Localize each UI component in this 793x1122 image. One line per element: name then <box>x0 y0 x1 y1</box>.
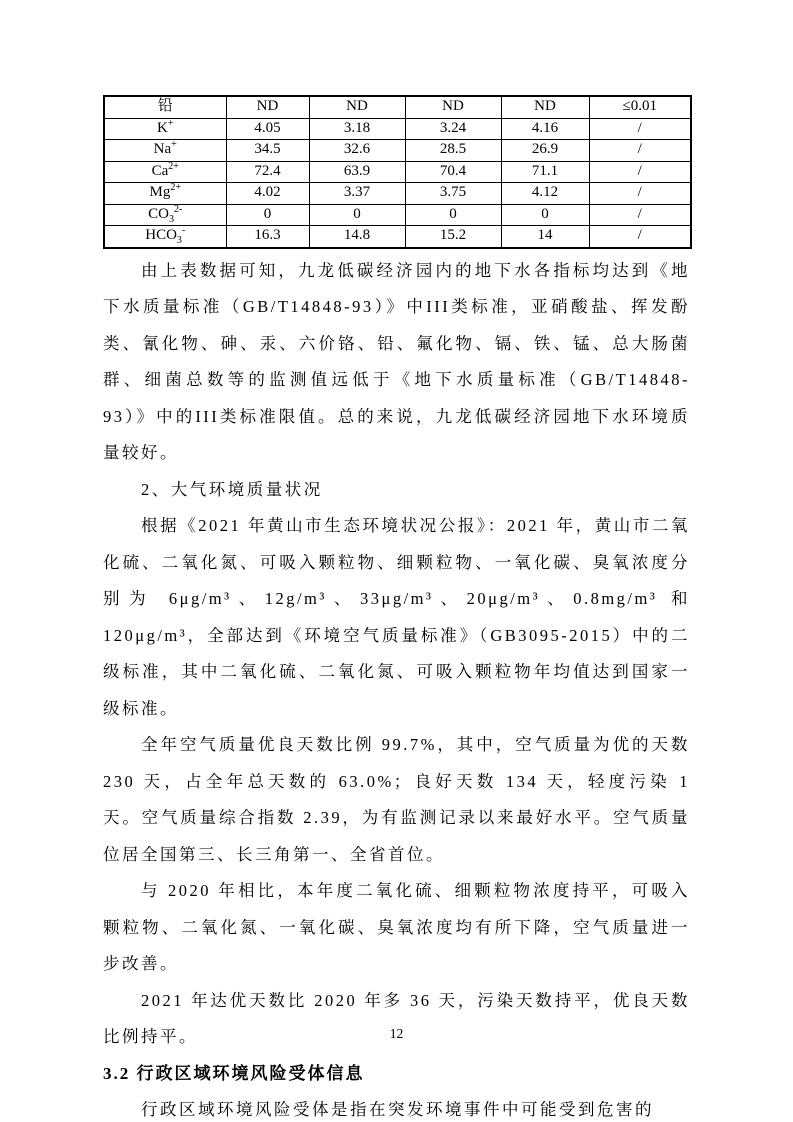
table-cell-value: 4.02 <box>226 183 309 205</box>
table-cell-parameter: HCO3- <box>104 226 226 248</box>
heading-section-3-2: 3.2 行政区域环境风险受体信息 <box>103 1056 690 1093</box>
table-cell-value: 4.16 <box>501 118 589 140</box>
table-cell-value: 72.4 <box>226 161 309 183</box>
table-cell-value: 3.24 <box>405 118 501 140</box>
table-row: CO32- 0 0 0 0 / <box>104 204 691 226</box>
table-cell-value: 26.9 <box>501 140 589 162</box>
groundwater-quality-table: 铅 ND ND ND ND ≤0.01 K+ 4.05 3.18 3.24 4.… <box>103 95 692 249</box>
table-cell-value: ND <box>226 96 309 118</box>
table-cell-value: 3.18 <box>309 118 405 140</box>
document-page: { "table": { "rows": [ { "base": "铅", "s… <box>0 0 793 1122</box>
table-cell-value: 0 <box>405 204 501 226</box>
table-cell-value: 16.3 <box>226 226 309 248</box>
table-cell-value: 3.75 <box>405 183 501 205</box>
table-cell-value: 14.8 <box>309 226 405 248</box>
table-cell-value: 14 <box>501 226 589 248</box>
page-number: 12 <box>0 1026 793 1042</box>
table-cell-standard: / <box>589 183 691 205</box>
table-row: K+ 4.05 3.18 3.24 4.16 / <box>104 118 691 140</box>
paragraph-groundwater-summary: 由上表数据可知，九龙低碳经济园内的地下水各指标均达到《地下水质量标准（GB/T1… <box>103 253 690 472</box>
table-row: Ca2+ 72.4 63.9 70.4 71.1 / <box>104 161 691 183</box>
table-cell-value: 4.12 <box>501 183 589 205</box>
heading-air-quality: 2、大气环境质量状况 <box>103 472 690 509</box>
table-cell-value: 3.37 <box>309 183 405 205</box>
table-cell-value: 63.9 <box>309 161 405 183</box>
table-row: Mg2+ 4.02 3.37 3.75 4.12 / <box>104 183 691 205</box>
table-cell-standard: / <box>589 204 691 226</box>
table-cell-value: 0 <box>501 204 589 226</box>
paragraph-air-overview: 根据《2021 年黄山市生态环境状况公报》：2021 年，黄山市二氧化硫、二氧化… <box>103 508 690 727</box>
table-cell-standard: / <box>589 226 691 248</box>
table-cell-value: 34.5 <box>226 140 309 162</box>
table-cell-value: 32.6 <box>309 140 405 162</box>
table-cell-value: 0 <box>226 204 309 226</box>
table-cell-parameter: K+ <box>104 118 226 140</box>
table-cell-standard: / <box>589 161 691 183</box>
table-cell-standard: / <box>589 118 691 140</box>
table-cell-parameter: 铅 <box>104 96 226 118</box>
table-cell-standard: / <box>589 140 691 162</box>
table-row: Na+ 34.5 32.6 28.5 26.9 / <box>104 140 691 162</box>
table-cell-value: 28.5 <box>405 140 501 162</box>
table-cell-value: 0 <box>309 204 405 226</box>
paragraph-air-good-days: 全年空气质量优良天数比例 99.7%，其中，空气质量为优的天数 230 天，占全… <box>103 727 690 873</box>
table-cell-standard: ≤0.01 <box>589 96 691 118</box>
table-cell-value: 15.2 <box>405 226 501 248</box>
table-cell-value: 70.4 <box>405 161 501 183</box>
page-content: 铅 ND ND ND ND ≤0.01 K+ 4.05 3.18 3.24 4.… <box>103 95 690 1122</box>
table-cell-parameter: Na+ <box>104 140 226 162</box>
paragraph-risk-receptor-intro: 行政区域环境风险受体是指在突发环境事件中可能受到危害的 <box>103 1092 690 1122</box>
table-cell-value: 4.05 <box>226 118 309 140</box>
table-cell-value: 71.1 <box>501 161 589 183</box>
table-cell-value: ND <box>405 96 501 118</box>
table-row: HCO3- 16.3 14.8 15.2 14 / <box>104 226 691 248</box>
table-cell-parameter: CO32- <box>104 204 226 226</box>
table-cell-value: ND <box>309 96 405 118</box>
paragraph-air-2021-days: 2021 年达优天数比 2020 年多 36 天，污染天数持平，优良天数比例持平… <box>103 983 690 1056</box>
table-row: 铅 ND ND ND ND ≤0.01 <box>104 96 691 118</box>
paragraph-air-comparison-2020: 与 2020 年相比，本年度二氧化硫、细颗粒物浓度持平，可吸入颗粒物、二氧化氮、… <box>103 873 690 983</box>
table-cell-parameter: Mg2+ <box>104 183 226 205</box>
table-cell-parameter: Ca2+ <box>104 161 226 183</box>
table-cell-value: ND <box>501 96 589 118</box>
